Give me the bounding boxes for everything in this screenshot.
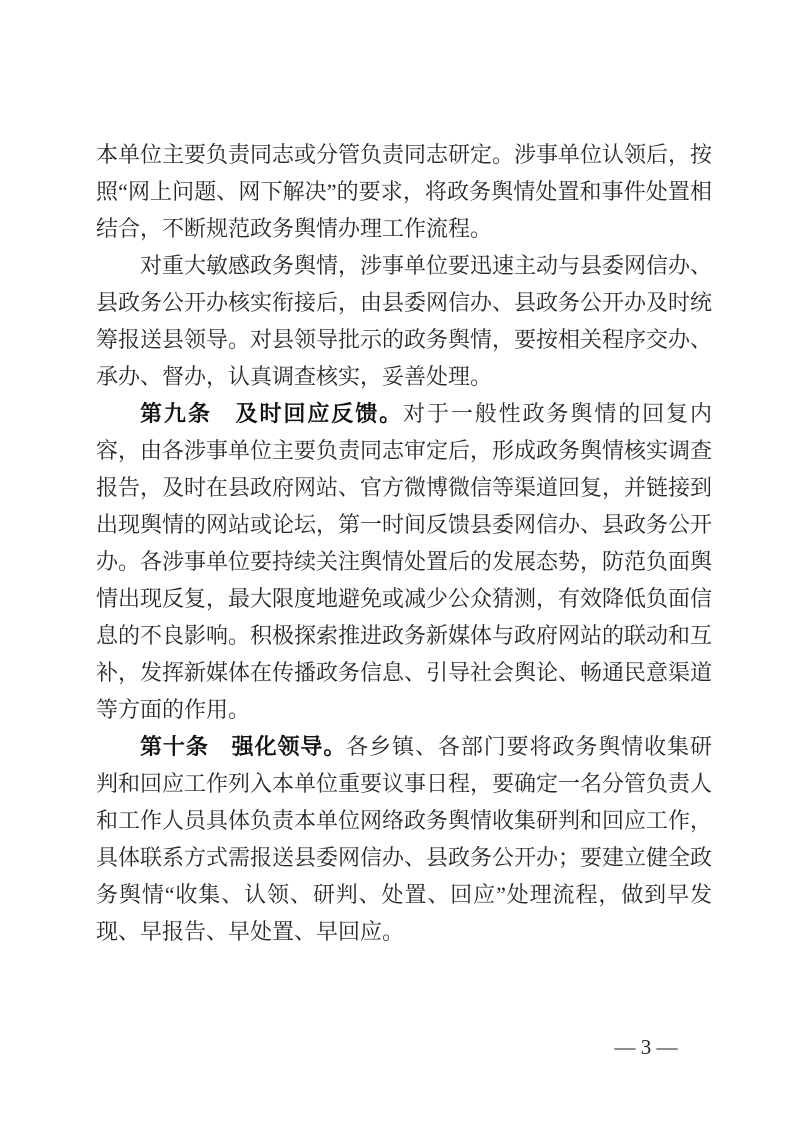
- page-number: — 3 —: [606, 1034, 686, 1060]
- paragraph: 对重大敏感政务舆情，涉事单位要迅速主动与县委网信办、县政务公开办核实衔接后，由县…: [96, 247, 712, 395]
- paragraph: 第十条 强化领导。各乡镇、各部门要将政务舆情收集研判和回应工作列入本单位重要议事…: [96, 728, 712, 950]
- paragraph: 第九条 及时回应反馈。对于一般性政务舆情的回复内容，由各涉事单位主要负责同志审定…: [96, 395, 712, 728]
- text-run: 对于一般性政务舆情的回复内容，由各涉事单位主要负责同志审定后，形成政务舆情核实调…: [96, 401, 712, 722]
- document-page: 本单位主要负责同志或分管负责同志研定。涉事单位认领后，按照“网上问题、网下解决”…: [0, 0, 793, 1122]
- text-run: 本单位主要负责同志或分管负责同志研定。涉事单位认领后，按照“网上问题、网下解决”…: [96, 142, 712, 241]
- paragraph: 本单位主要负责同志或分管负责同志研定。涉事单位认领后，按照“网上问题、网下解决”…: [96, 136, 712, 247]
- article-heading-run: 第十条 强化领导。: [140, 734, 346, 759]
- document-body: 本单位主要负责同志或分管负责同志研定。涉事单位认领后，按照“网上问题、网下解决”…: [96, 136, 712, 950]
- article-heading-run: 第九条 及时回应反馈。: [140, 401, 403, 426]
- text-run: 对重大敏感政务舆情，涉事单位要迅速主动与县委网信办、县政务公开办核实衔接后，由县…: [96, 253, 712, 389]
- text-run: 各乡镇、各部门要将政务舆情收集研判和回应工作列入本单位重要议事日程，要确定一名分…: [96, 734, 712, 944]
